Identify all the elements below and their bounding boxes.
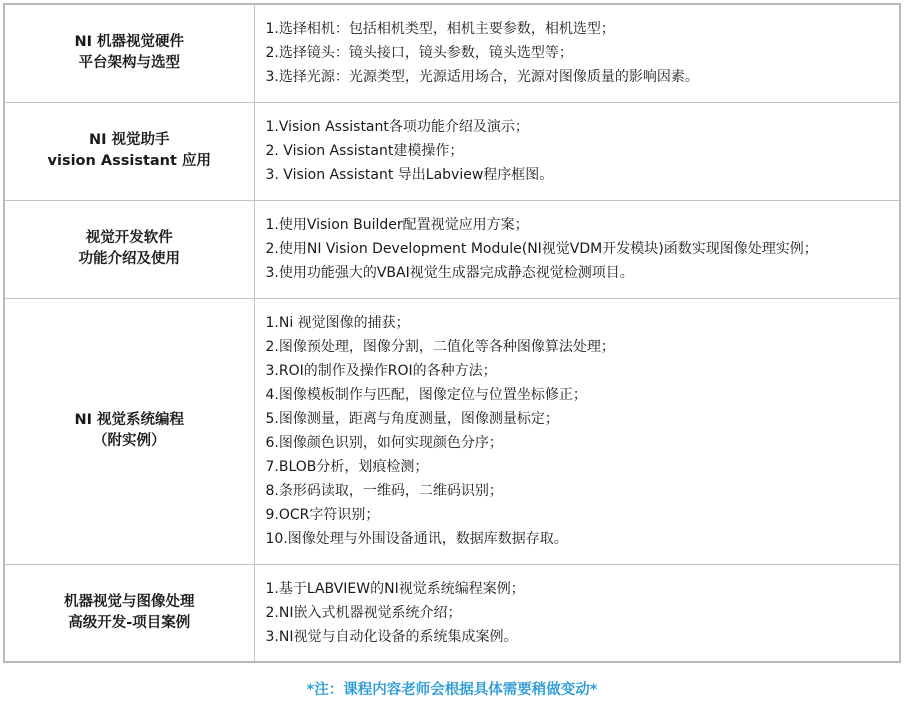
table-row: NI 视觉助手 vision Assistant 应用 1.Vision Ass…: [4, 102, 900, 200]
module-title-cell: 机器视觉与图像处理 高级开发-项目案例: [4, 564, 254, 662]
table-row: NI 机器视觉硬件 平台架构与选型 1.选择相机：包括相机类型，相机主要参数，相…: [4, 4, 900, 102]
module-content-cell: 1.选择相机：包括相机类型，相机主要参数，相机选型； 2.选择镜头：镜头接口，镜…: [254, 4, 900, 102]
content-item: 10.图像处理与外围设备通讯，数据库数据存取。: [266, 527, 900, 551]
content-item: 3.使用功能强大的VBAI视觉生成器完成静态视觉检测项目。: [266, 261, 900, 285]
module-content-cell: 1.Vision Assistant各项功能介绍及演示； 2. Vision A…: [254, 102, 900, 200]
module-title-line: NI 机器视觉硬件: [5, 32, 254, 53]
content-item: 1.使用Vision Builder配置视觉应用方案；: [266, 213, 900, 237]
content-item: 3. Vision Assistant 导出Labview程序框图。: [266, 163, 900, 187]
table-row: 视觉开发软件 功能介绍及使用 1.使用Vision Builder配置视觉应用方…: [4, 200, 900, 298]
content-item: 1.Ni 视觉图像的捕获；: [266, 311, 900, 335]
content-item: 9.OCR字符识别；: [266, 503, 900, 527]
content-item: 4.图像模板制作与匹配，图像定位与位置坐标修正；: [266, 383, 900, 407]
module-title-line: （附实例）: [5, 431, 254, 452]
content-item: 5.图像测量，距离与角度测量，图像测量标定；: [266, 407, 900, 431]
content-item: 1.选择相机：包括相机类型，相机主要参数，相机选型；: [266, 17, 900, 41]
content-item: 3.ROI的制作及操作ROI的各种方法；: [266, 359, 900, 383]
content-item: 8.条形码读取，一维码，二维码识别；: [266, 479, 900, 503]
content-item: 3.选择光源：光源类型，光源适用场合，光源对图像质量的影响因素。: [266, 65, 900, 89]
module-content-cell: 1.使用Vision Builder配置视觉应用方案； 2.使用NI Visio…: [254, 200, 900, 298]
content-item: 1.基于LABVIEW的NI视觉系统编程案例；: [266, 577, 900, 601]
module-title-cell: 视觉开发软件 功能介绍及使用: [4, 200, 254, 298]
module-title-line: NI 视觉系统编程: [5, 410, 254, 431]
module-title-line: 机器视觉与图像处理: [5, 592, 254, 613]
table-row: 机器视觉与图像处理 高级开发-项目案例 1.基于LABVIEW的NI视觉系统编程…: [4, 564, 900, 662]
module-title-line: NI 视觉助手: [5, 130, 254, 151]
content-item: 6.图像颜色识别，如何实现颜色分序；: [266, 431, 900, 455]
module-title-line: 功能介绍及使用: [5, 249, 254, 270]
footnote: *注：课程内容老师会根据具体需要稍做变动*: [0, 680, 904, 700]
module-title-cell: NI 机器视觉硬件 平台架构与选型: [4, 4, 254, 102]
module-content-cell: 1.基于LABVIEW的NI视觉系统编程案例； 2.NI嵌入式机器视觉系统介绍；…: [254, 564, 900, 662]
content-item: 2.选择镜头：镜头接口，镜头参数，镜头选型等；: [266, 41, 900, 65]
content-item: 1.Vision Assistant各项功能介绍及演示；: [266, 115, 900, 139]
content-item: 7.BLOB分析，划痕检测；: [266, 455, 900, 479]
module-title-line: vision Assistant 应用: [5, 151, 254, 172]
module-title-cell: NI 视觉助手 vision Assistant 应用: [4, 102, 254, 200]
module-title-cell: NI 视觉系统编程 （附实例）: [4, 298, 254, 564]
module-title-line: 平台架构与选型: [5, 53, 254, 74]
content-item: 3.NI视觉与自动化设备的系统集成案例。: [266, 625, 900, 649]
module-title-line: 视觉开发软件: [5, 228, 254, 249]
content-item: 2. Vision Assistant建模操作；: [266, 139, 900, 163]
table-row: NI 视觉系统编程 （附实例） 1.Ni 视觉图像的捕获； 2.图像预处理，图像…: [4, 298, 900, 564]
content-item: 2.图像预处理，图像分割，二值化等各种图像算法处理；: [266, 335, 900, 359]
content-item: 2.使用NI Vision Development Module(NI视觉VDM…: [266, 237, 900, 261]
module-title-line: 高级开发-项目案例: [5, 613, 254, 634]
module-content-cell: 1.Ni 视觉图像的捕获； 2.图像预处理，图像分割，二值化等各种图像算法处理；…: [254, 298, 900, 564]
content-item: 2.NI嵌入式机器视觉系统介绍；: [266, 601, 900, 625]
course-outline-table: NI 机器视觉硬件 平台架构与选型 1.选择相机：包括相机类型，相机主要参数，相…: [3, 3, 901, 663]
